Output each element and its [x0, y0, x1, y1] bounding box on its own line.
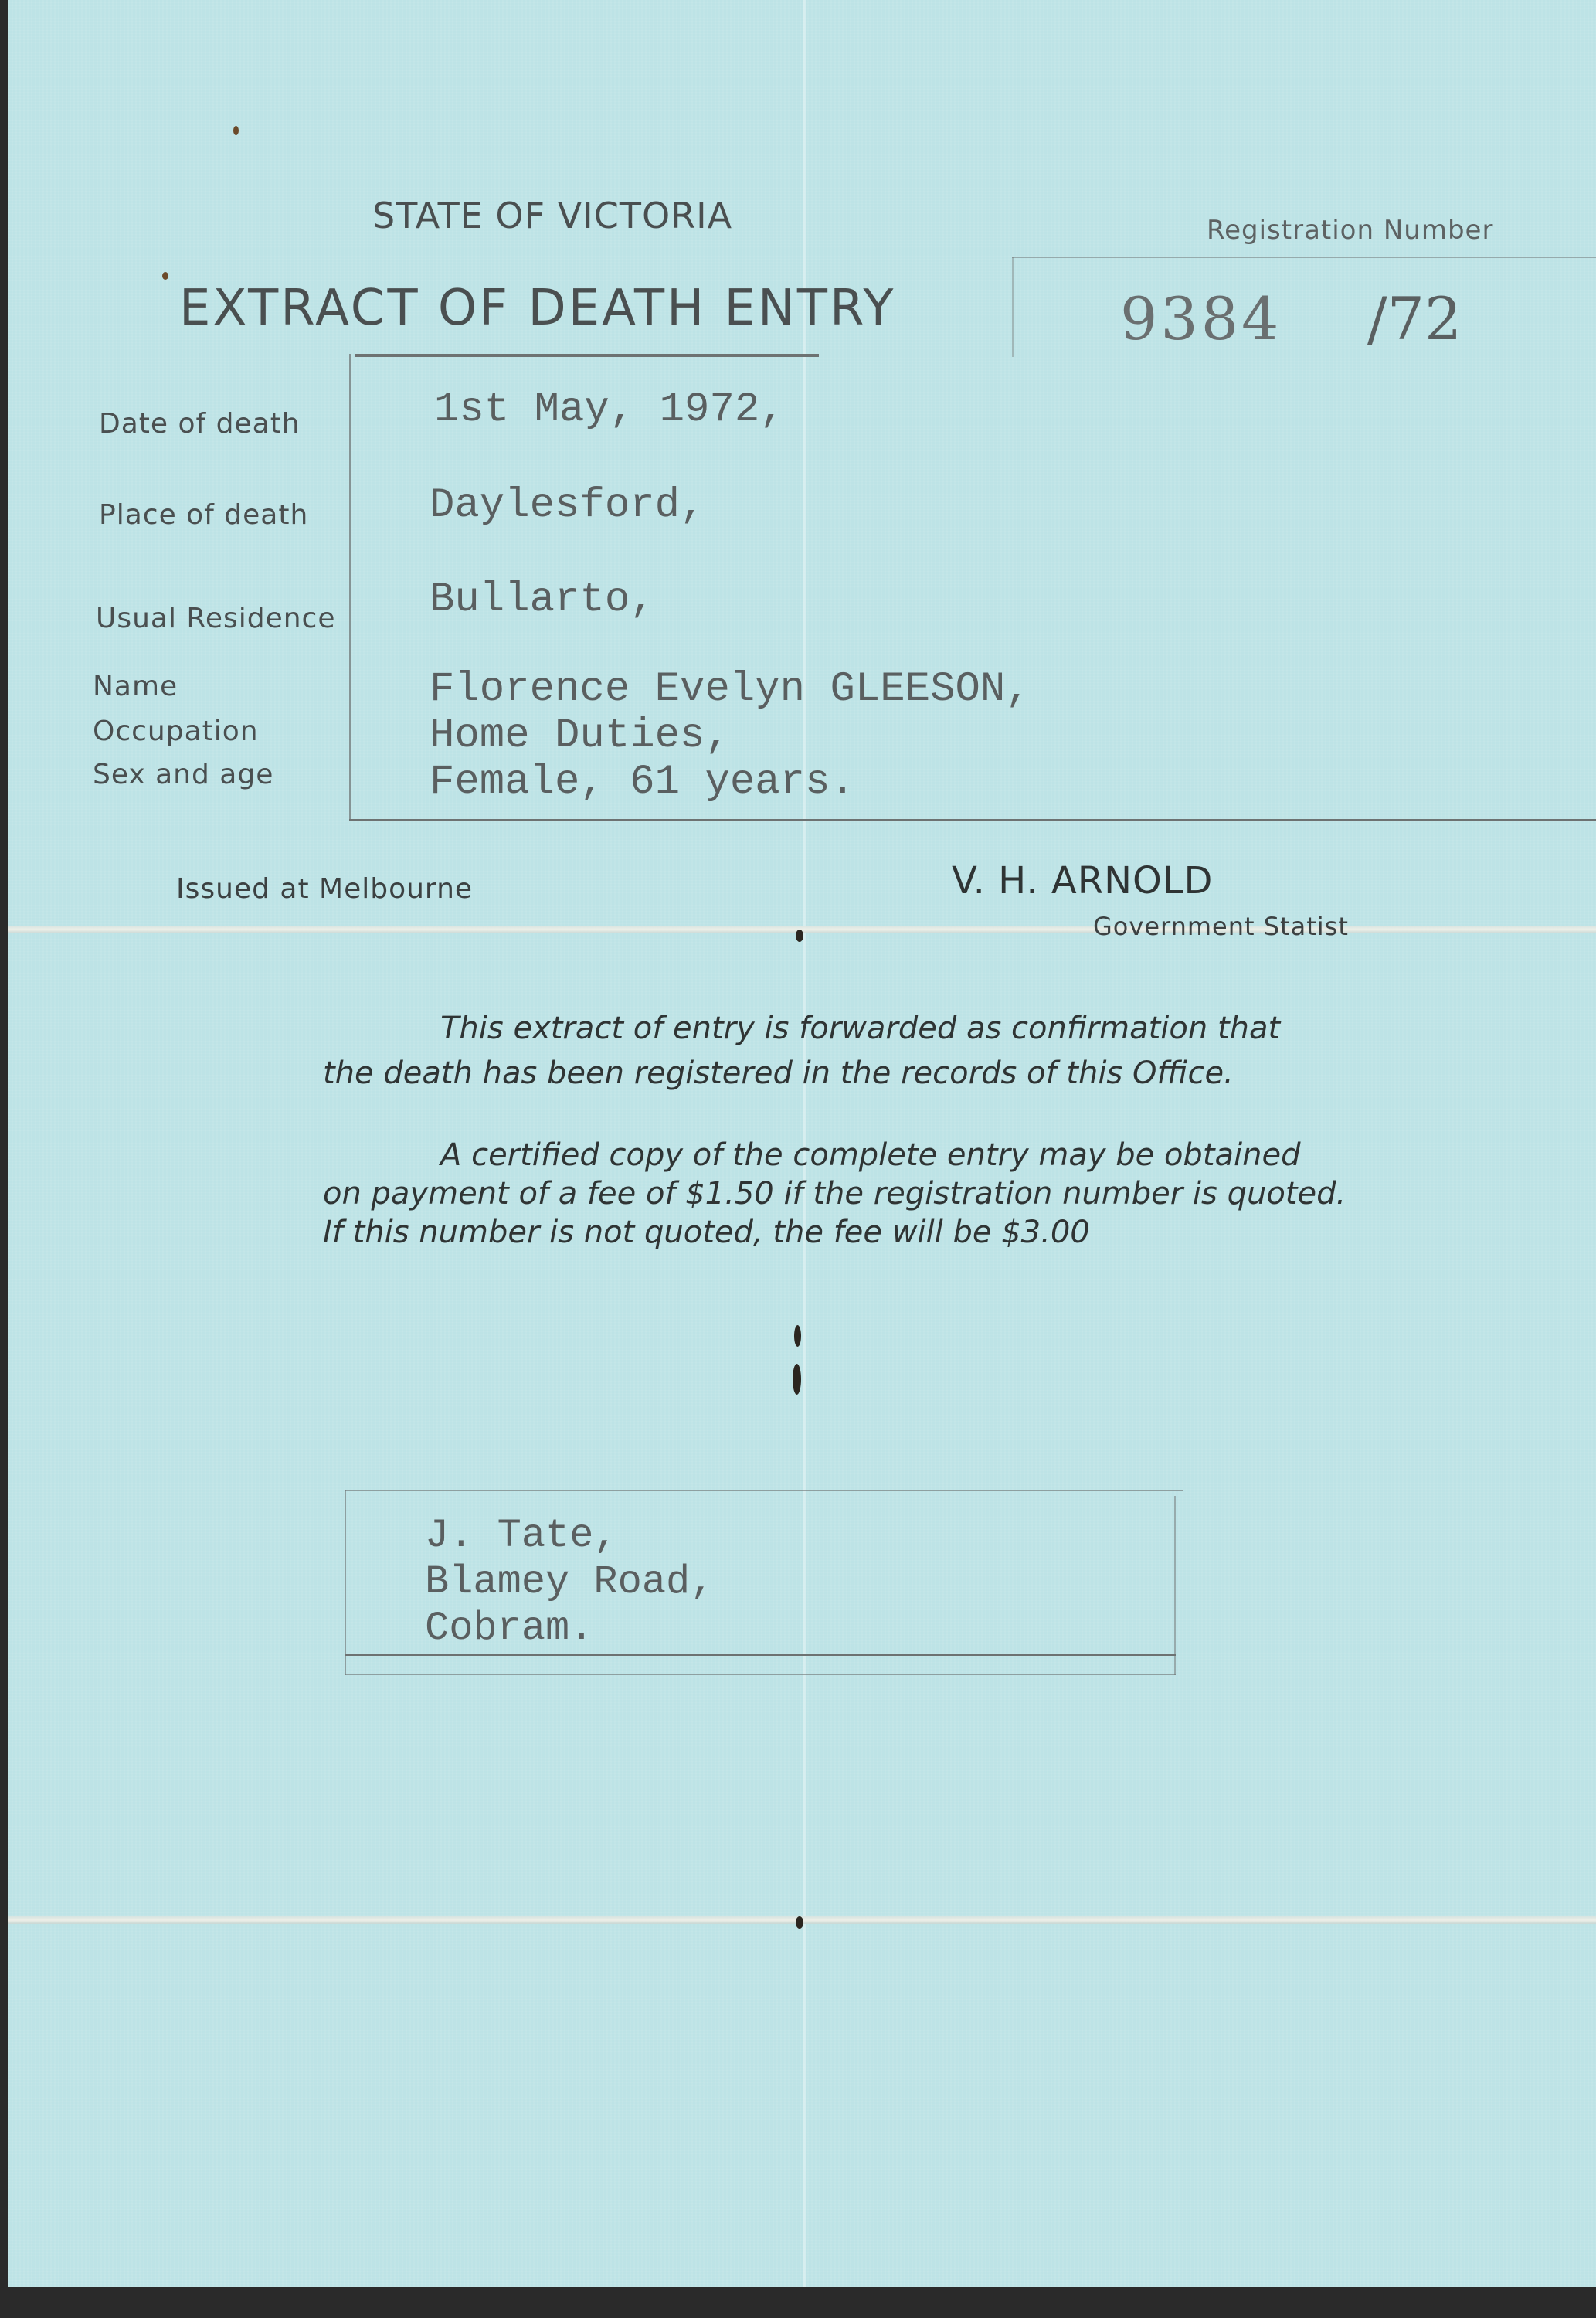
- address-box-bottom-border-secondary: [345, 1674, 1176, 1675]
- signatory-title: Government Statist: [1093, 912, 1349, 941]
- registration-box-left-border: [1012, 257, 1014, 357]
- address-box-top-border: [345, 1490, 1183, 1491]
- registration-number-label: Registration Number: [1207, 215, 1493, 246]
- document-paper: STATE OF VICTORIA EXTRACT OF DEATH ENTRY…: [8, 0, 1596, 2287]
- notice-paragraph-2: A certified copy of the complete entry m…: [323, 1136, 1420, 1252]
- fold-tear-mark: [793, 1364, 801, 1395]
- details-box-left-border: [349, 354, 351, 821]
- address-line: J. Tate,: [425, 1513, 714, 1559]
- rust-stain: [233, 126, 239, 135]
- registration-year: /72: [1367, 284, 1462, 353]
- field-label-place-of-death: Place of death: [99, 499, 308, 531]
- field-value-name: Florence Evelyn GLEESON,: [430, 666, 1031, 713]
- recipient-address: J. Tate, Blamey Road, Cobram.: [425, 1513, 714, 1652]
- field-label-date-of-death: Date of death: [99, 408, 301, 440]
- registration-box-top-border: [1012, 257, 1596, 258]
- field-value-date-of-death: 1st May, 1972,: [434, 386, 785, 433]
- notice-line: A certified copy of the complete entry m…: [323, 1136, 1420, 1174]
- notice-line: the death has been registered in the rec…: [323, 1051, 1404, 1096]
- field-label-usual-residence: Usual Residence: [96, 603, 336, 634]
- field-label-name: Name: [93, 671, 178, 702]
- notice-line: If this number is not quoted, the fee wi…: [323, 1213, 1420, 1252]
- notice-line: This extract of entry is forwarded as co…: [323, 1006, 1404, 1051]
- notice-line: on payment of a fee of $1.50 if the regi…: [323, 1174, 1420, 1213]
- details-box-bottom-border: [349, 819, 1596, 821]
- address-box-right-border: [1174, 1496, 1176, 1675]
- rust-stain: [162, 272, 168, 280]
- field-value-place-of-death: Daylesford,: [430, 482, 705, 529]
- fold-hole-mark: [796, 1916, 803, 1929]
- field-value-usual-residence: Bullarto,: [430, 576, 655, 624]
- fold-hole-mark: [796, 930, 803, 942]
- notice-paragraph-1: This extract of entry is forwarded as co…: [323, 1006, 1404, 1096]
- issued-at-label: Issued at Melbourne: [176, 873, 473, 905]
- document-title: EXTRACT OF DEATH ENTRY: [179, 280, 895, 337]
- state-heading: STATE OF VICTORIA: [372, 195, 732, 236]
- address-line: Blamey Road,: [425, 1559, 714, 1606]
- registration-number: 9384: [1120, 284, 1282, 353]
- details-box-top-border: [355, 354, 819, 357]
- field-value-occupation: Home Duties,: [430, 712, 730, 760]
- address-box-bottom-border: [345, 1654, 1176, 1656]
- fold-tear-mark: [794, 1325, 801, 1347]
- address-line: Cobram.: [425, 1606, 714, 1652]
- field-label-sex-and-age: Sex and age: [93, 759, 273, 790]
- field-value-sex-and-age: Female, 61 years.: [430, 759, 855, 806]
- address-box-left-border: [345, 1490, 346, 1675]
- signatory-name: V. H. ARNOLD: [952, 859, 1214, 902]
- field-label-occupation: Occupation: [93, 715, 259, 747]
